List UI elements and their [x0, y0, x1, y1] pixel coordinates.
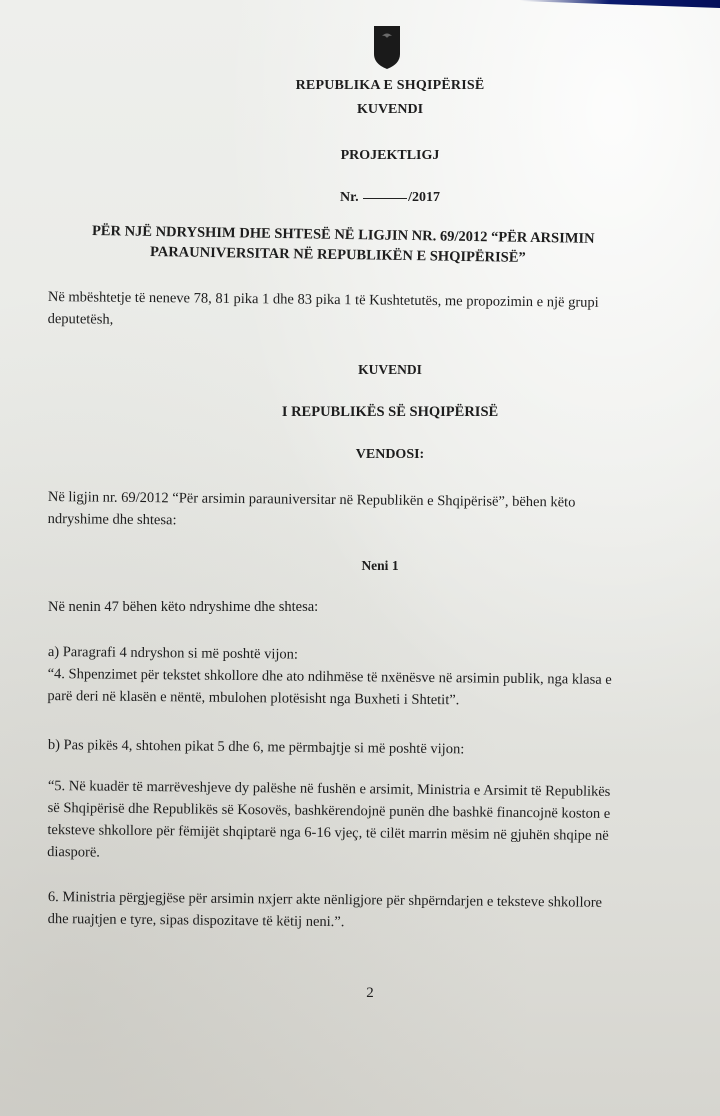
header-republic: REPUBLIKA E SHQIPËRISË — [250, 78, 530, 94]
decides-heading: VENDOSI: — [300, 447, 480, 463]
number-prefix: Nr. — [340, 190, 359, 205]
assembly-heading: KUVENDI — [300, 362, 480, 378]
number-suffix: /2017 — [408, 190, 440, 205]
background-edge — [520, 0, 720, 8]
point-a: a) Paragrafi 4 ndryshon si më poshtë vij… — [47, 641, 698, 714]
assembly-republic: I REPUBLIKËS SË SHQIPËRISË — [230, 404, 550, 421]
albania-coat-of-arms-icon — [372, 24, 402, 70]
intro-paragraph: Në ligjin nr. 69/2012 “Për arsimin parau… — [48, 486, 698, 537]
document-number: Nr. /2017 — [290, 190, 490, 206]
header-assembly: KUVENDI — [300, 102, 480, 118]
preamble: Në mbështetje të neneve 78, 81 pika 1 dh… — [48, 286, 698, 337]
number-blank — [363, 198, 407, 199]
article-heading: Neni 1 — [310, 558, 450, 574]
article-lead: Në nenin 47 bëhen këto ndryshime dhe sht… — [48, 596, 698, 618]
document-type: PROJEKTLIGJ — [290, 148, 490, 164]
point-b: b) Pas pikës 4, shtohen pikat 5 dhe 6, m… — [48, 734, 698, 763]
paragraph-5: “5. Në kuadër të marrëveshjeve dy palësh… — [47, 775, 698, 870]
page-number: 2 — [360, 985, 380, 1002]
law-title-line2: PARAUNIVERSITAR NË REPUBLIKËN E SHQIPËRI… — [150, 244, 526, 267]
paragraph-6: 6. Ministria përgjegjëse për arsimin nxj… — [48, 886, 698, 937]
